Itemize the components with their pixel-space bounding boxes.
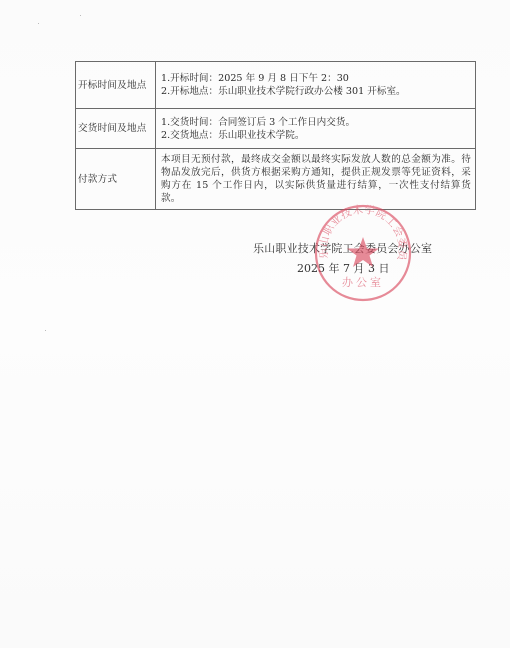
delivery-time: 1.交货时间：合同签订后 3 个工作日内交货。: [161, 116, 471, 129]
delivery-location: 2.交货地点：乐山职业技术学院。: [161, 129, 471, 142]
row-label: 交货时间及地点: [76, 109, 156, 149]
signature-date: 2025 年 7 月 3 日: [297, 260, 389, 276]
payment-terms-text: 本项目无预付款，最终成交金额以最终实际发放人数的总金额为准。待物品发放完后，供货…: [161, 153, 471, 205]
scan-speck: [45, 330, 46, 331]
row-label: 开标时间及地点: [76, 62, 156, 109]
table-row-payment: 付款方式 本项目无预付款，最终成交金额以最终实际发放人数的总金额为准。待物品发放…: [76, 149, 476, 210]
row-label: 付款方式: [76, 149, 156, 210]
scan-speck: [80, 15, 81, 16]
signature-organization: 乐山职业技术学院工会委员会办公室: [253, 240, 432, 256]
table-row-bid-opening: 开标时间及地点 1.开标时间：2025 年 9 月 8 日下午 2：30 2.开…: [76, 62, 476, 109]
row-content: 1.开标时间：2025 年 9 月 8 日下午 2：30 2.开标地点：乐山职业…: [156, 62, 476, 109]
table-row-delivery: 交货时间及地点 1.交货时间：合同签订后 3 个工作日内交货。 2.交货地点：乐…: [76, 109, 476, 149]
scan-speck: [38, 23, 39, 24]
bid-opening-time: 1.开标时间：2025 年 9 月 8 日下午 2：30: [161, 72, 471, 85]
row-content: 本项目无预付款，最终成交金额以最终实际发放人数的总金额为准。待物品发放完后，供货…: [156, 149, 476, 210]
bid-info-table: 开标时间及地点 1.开标时间：2025 年 9 月 8 日下午 2：30 2.开…: [75, 61, 476, 210]
bid-opening-location: 2.开标地点：乐山职业技术学院行政办公楼 301 开标室。: [161, 85, 471, 98]
row-content: 1.交货时间：合同签订后 3 个工作日内交货。 2.交货地点：乐山职业技术学院。: [156, 109, 476, 149]
